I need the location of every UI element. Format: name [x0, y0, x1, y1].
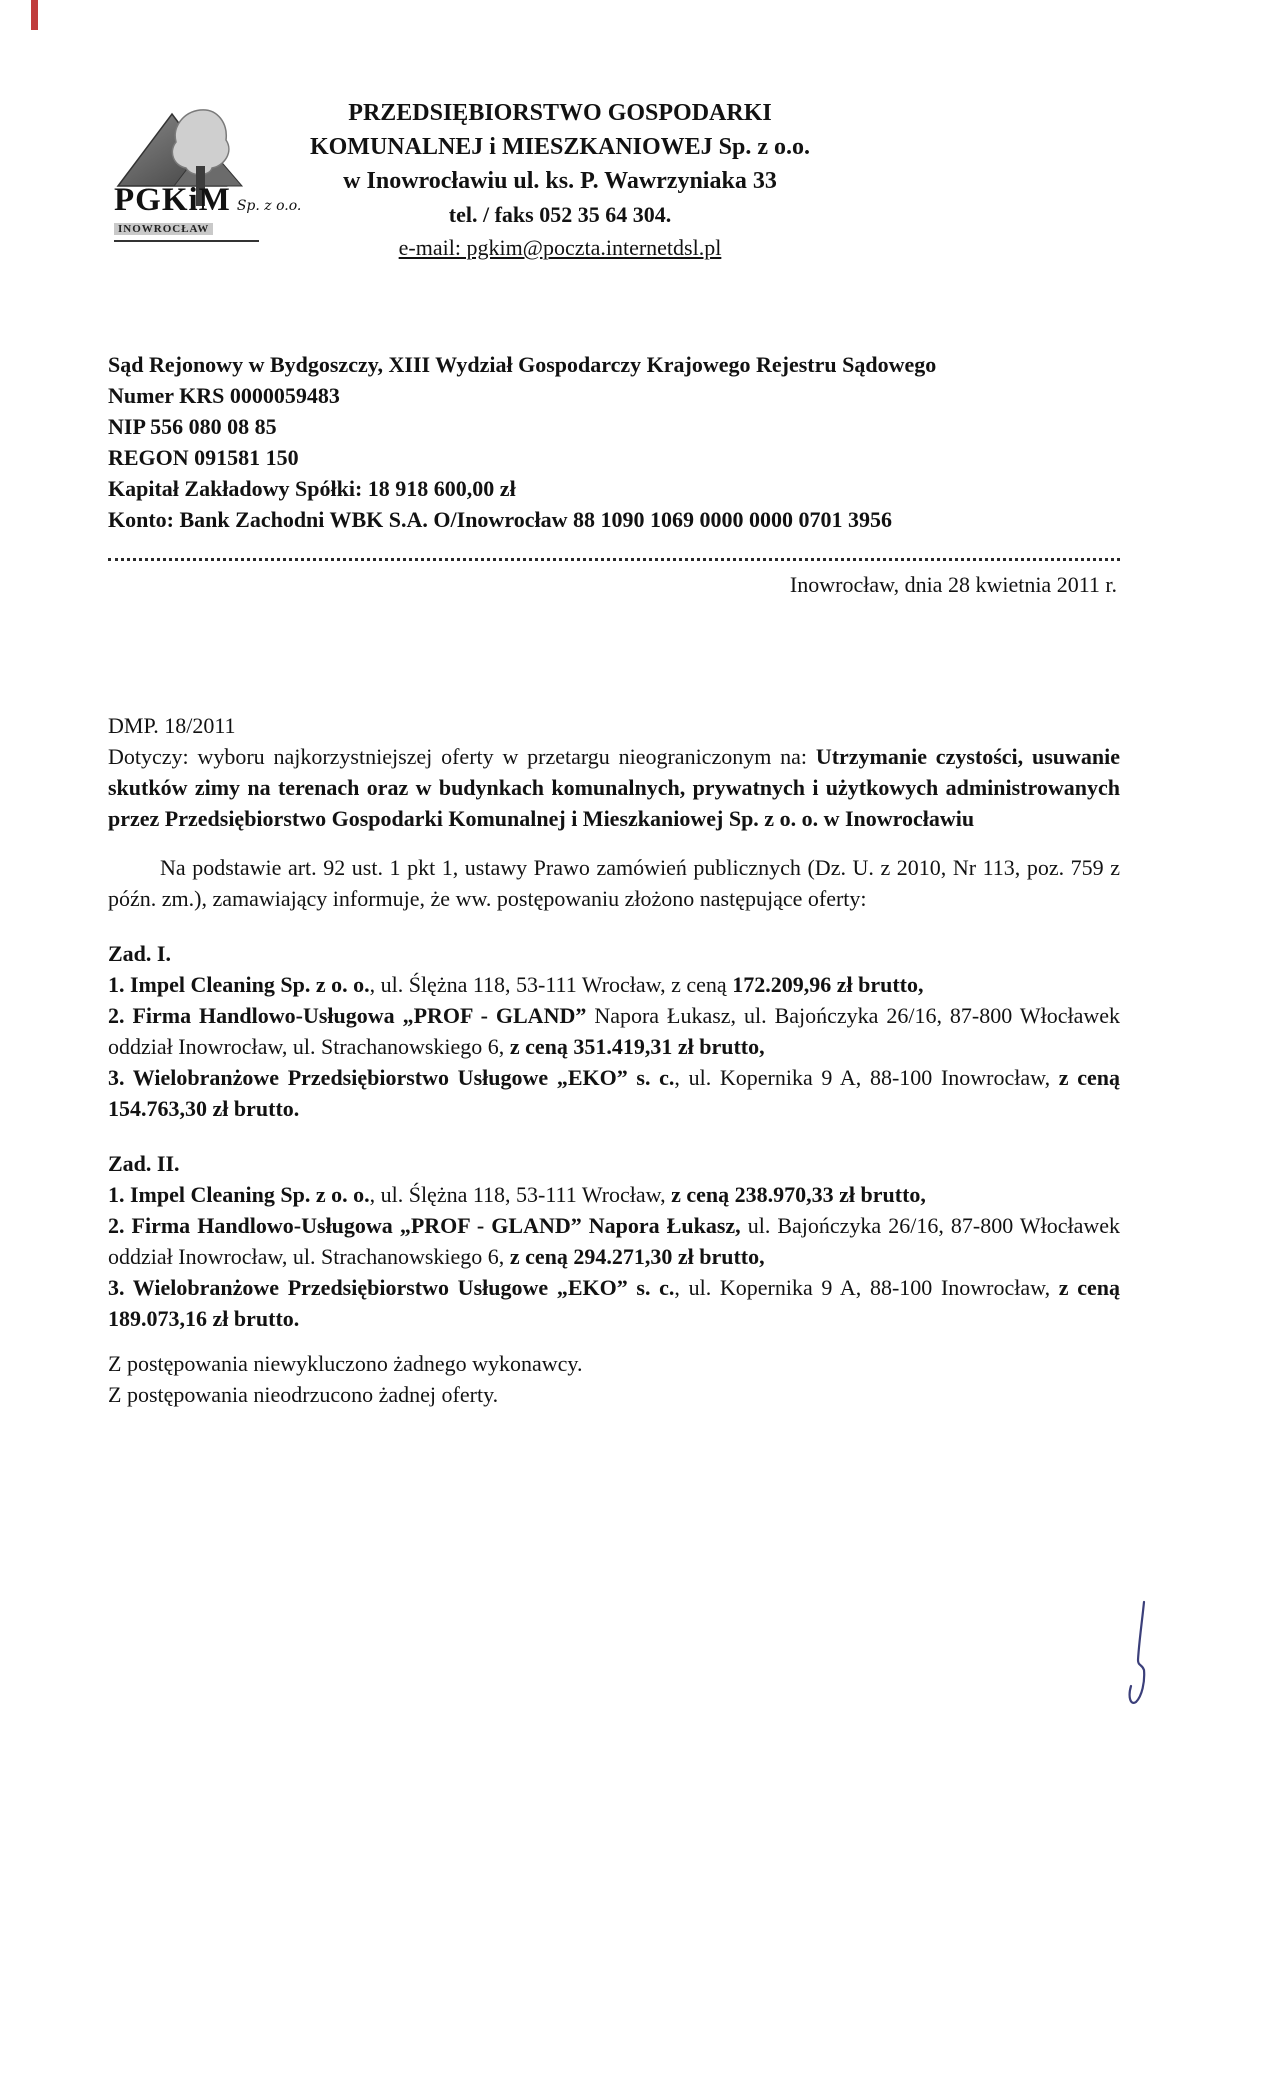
closing-line-2: Z postępowania nieodrzucono żadnej ofert…: [108, 1379, 1120, 1410]
task-1-offer-3: 3. Wielobranżowe Przedsiębiorstwo Usługo…: [108, 1062, 1120, 1124]
task-1-offer-1: 1. Impel Cleaning Sp. z o. o., ul. Ślężn…: [108, 969, 1120, 1000]
registry-capital-line: Kapitał Zakładowy Spółki: 18 918 600,00 …: [108, 473, 1128, 504]
registry-court-line: Sąd Rejonowy w Bydgoszczy, XIII Wydział …: [108, 349, 1128, 380]
legal-basis-paragraph: Na podstawie art. 92 ust. 1 pkt 1, ustaw…: [108, 852, 1120, 914]
task-1-heading: Zad. I.: [108, 938, 1120, 969]
document-page: PGKiMSp. z o.o. INOWROCŁAW PRZEDSIĘBIORS…: [0, 0, 1275, 2100]
task-1-offer-2: 2. Firma Handlowo-Usługowa „PROF - GLAND…: [108, 1000, 1120, 1062]
pgkim-logo: PGKiMSp. z o.o. INOWROCŁAW: [114, 100, 264, 237]
registry-account-line: Konto: Bank Zachodni WBK S.A. O/Inowrocł…: [108, 504, 1128, 535]
reference-number: DMP. 18/2011: [108, 710, 1120, 741]
task-2-offer-3: 3. Wielobranżowe Przedsiębiorstwo Usługo…: [108, 1272, 1120, 1334]
registry-block: Sąd Rejonowy w Bydgoszczy, XIII Wydział …: [108, 349, 1128, 535]
dotted-divider: [108, 558, 1120, 561]
logo-city: INOWROCŁAW: [114, 223, 213, 235]
task-1-section: Zad. I. 1. Impel Cleaning Sp. z o. o., u…: [108, 938, 1120, 1124]
task-2-offer-2: 2. Firma Handlowo-Usługowa „PROF - GLAND…: [108, 1210, 1120, 1272]
task-2-heading: Zad. II.: [108, 1148, 1120, 1179]
date-line: Inowrocław, dnia 28 kwietnia 2011 r.: [790, 572, 1117, 598]
pen-stroke-icon: [1118, 1598, 1152, 1723]
email-line: e-mail: pgkim@poczta.internetdsl.pl: [270, 231, 850, 264]
red-scan-mark-icon: [31, 0, 38, 30]
company-name-line-1: PRZEDSIĘBIORSTWO GOSPODARKI: [270, 96, 850, 130]
letter-body: DMP. 18/2011 Dotyczy: wyboru najkorzystn…: [108, 710, 1120, 1410]
closing-statements: Z postępowania niewykluczono żadnego wyk…: [108, 1348, 1120, 1410]
letterhead: PRZEDSIĘBIORSTWO GOSPODARKI KOMUNALNEJ i…: [270, 96, 850, 264]
logo-acronym: PGKiM: [114, 182, 231, 218]
registry-nip-line: NIP 556 080 08 85: [108, 411, 1128, 442]
closing-line-1: Z postępowania niewykluczono żadnego wyk…: [108, 1348, 1120, 1379]
company-name-line-2: KOMUNALNEJ i MIESZKANIOWEJ Sp. z o.o.: [270, 130, 850, 164]
registry-krs-line: Numer KRS 0000059483: [108, 380, 1128, 411]
logo-underline: [114, 240, 259, 242]
subject-paragraph: Dotyczy: wyboru najkorzystniejszej ofert…: [108, 741, 1120, 834]
phone-line: tel. / faks 052 35 64 304.: [270, 198, 850, 231]
company-address-line: w Inowrocławiu ul. ks. P. Wawrzyniaka 33: [270, 164, 850, 198]
registry-regon-line: REGON 091581 150: [108, 442, 1128, 473]
task-2-section: Zad. II. 1. Impel Cleaning Sp. z o. o., …: [108, 1148, 1120, 1334]
task-2-offer-1: 1. Impel Cleaning Sp. z o. o., ul. Ślężn…: [108, 1179, 1120, 1210]
